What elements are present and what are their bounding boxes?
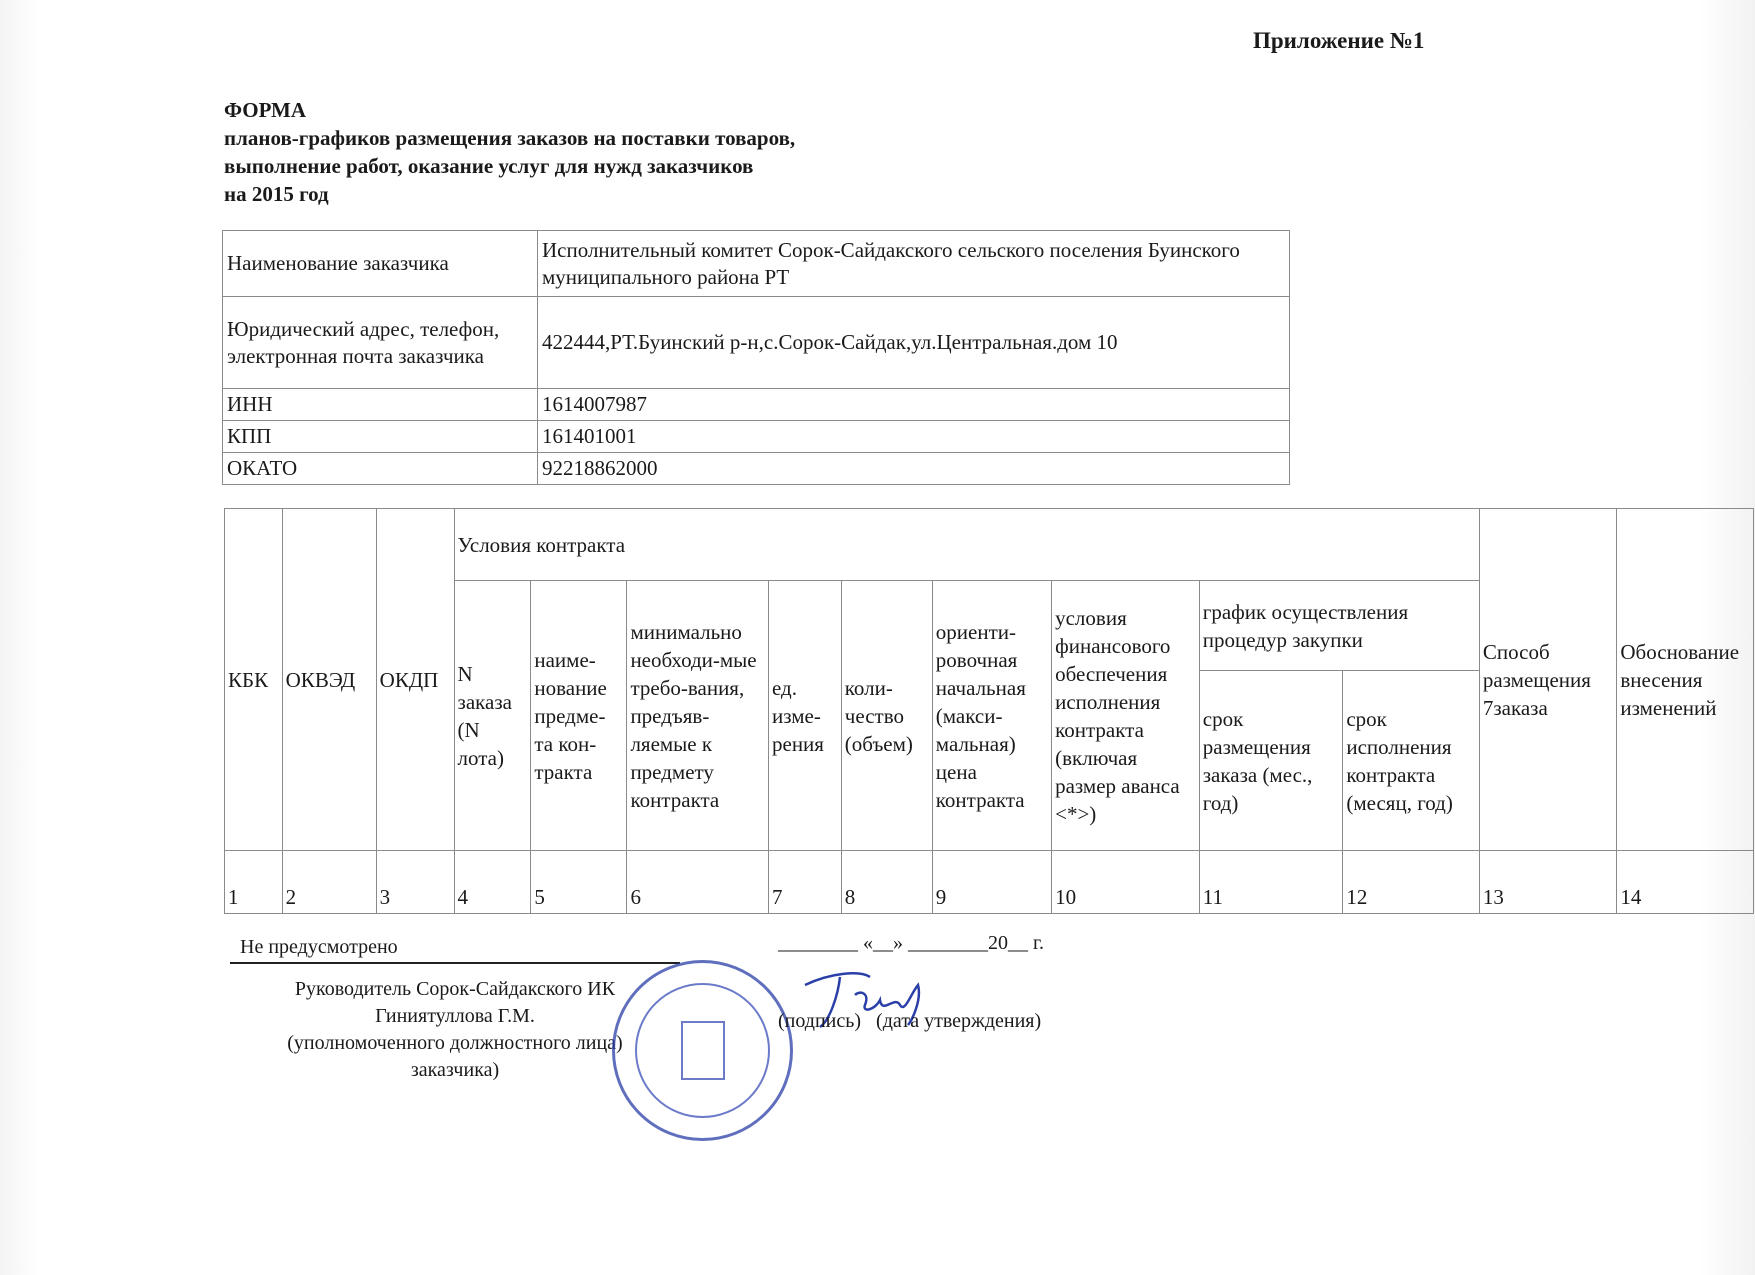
signer-block: Руководитель Сорок-Сайдакского ИК Гиният… xyxy=(240,976,670,1084)
value-customer-name: Исполнительный комитет Сорок-Сайдакского… xyxy=(538,231,1290,297)
stamp-emblem-icon xyxy=(681,1021,725,1080)
col-okved: ОКВЭД xyxy=(282,509,376,851)
label-kpp: КПП xyxy=(223,421,538,453)
procurement-plan-table: КБК ОКВЭД ОКДП Условия контракта Способ … xyxy=(224,508,1754,914)
col-num: 1 xyxy=(225,851,283,914)
col-okdp: ОКДП xyxy=(376,509,454,851)
col-num: 14 xyxy=(1617,851,1754,914)
value-okato: 92218862000 xyxy=(538,453,1290,485)
signature-captions: (подпись) (дата утверждения) xyxy=(778,1010,1041,1033)
col-num: 4 xyxy=(454,851,531,914)
underline-divider xyxy=(230,962,680,964)
col-num: 11 xyxy=(1199,851,1343,914)
col-placement-term: срок размещения заказа (мес., год) xyxy=(1199,671,1343,851)
signer-caption-2: заказчика) xyxy=(240,1057,670,1084)
col-num: 8 xyxy=(841,851,932,914)
official-stamp-icon xyxy=(612,960,793,1141)
value-address: 422444,РТ.Буинский р-н,с.Сорок-Сайдак,ул… xyxy=(538,297,1290,389)
col-method: Способ размещения 7заказа xyxy=(1479,509,1617,851)
col-num: 9 xyxy=(932,851,1051,914)
col-order-number: N заказа (N лота) xyxy=(454,581,531,851)
col-num: 7 xyxy=(769,851,842,914)
col-justification: Обоснование внесения изменений xyxy=(1617,509,1754,851)
column-number-row: 1 2 3 4 5 6 7 8 9 10 11 12 13 14 xyxy=(225,851,1754,914)
title-line-3: выполнение работ, оказание услуг для нуж… xyxy=(224,152,795,180)
label-inn: ИНН xyxy=(223,389,538,421)
col-financial: условия финансового обеспечения исполнен… xyxy=(1052,581,1200,851)
group-contract-conditions: Условия контракта xyxy=(454,509,1479,581)
col-num: 2 xyxy=(282,851,376,914)
signer-caption-1: (уполномоченного должностного лица) xyxy=(240,1030,670,1057)
col-unit: ед. изме-рения xyxy=(769,581,842,851)
signer-name: Гиниятуллова Г.М. xyxy=(240,1003,670,1030)
not-provided-text: Не предусмотрено xyxy=(240,936,398,959)
table-row: КПП 161401001 xyxy=(223,421,1290,453)
form-title: ФОРМА планов-графиков размещения заказов… xyxy=(224,96,795,208)
signature-label: (подпись) xyxy=(778,1010,861,1032)
table-row: ИНН 1614007987 xyxy=(223,389,1290,421)
group-schedule: график осуществления процедур закупки xyxy=(1199,581,1479,671)
col-requirements: минимально необходи-мые требо-вания, пре… xyxy=(627,581,769,851)
title-line-1: ФОРМА xyxy=(224,96,795,124)
col-execution-term: срок исполнения контракта (месяц, год) xyxy=(1343,671,1480,851)
table-row: Наименование заказчика Исполнительный ко… xyxy=(223,231,1290,297)
date-label: (дата утверждения) xyxy=(876,1010,1041,1032)
col-num: 10 xyxy=(1052,851,1200,914)
col-num: 6 xyxy=(627,851,769,914)
col-price: ориенти-ровочная начальная (макси-мальна… xyxy=(932,581,1051,851)
table-row: ОКАТО 92218862000 xyxy=(223,453,1290,485)
col-kbk: КБК xyxy=(225,509,283,851)
signer-position: Руководитель Сорок-Сайдакского ИК xyxy=(240,976,670,1003)
appendix-label: Приложение №1 xyxy=(1253,28,1424,54)
col-quantity: коли-чество (объем) xyxy=(841,581,932,851)
title-line-2: планов-графиков размещения заказов на по… xyxy=(224,124,795,152)
title-line-4: на 2015 год xyxy=(224,180,795,208)
customer-info-table: Наименование заказчика Исполнительный ко… xyxy=(222,230,1290,485)
col-num: 13 xyxy=(1479,851,1617,914)
label-customer-name: Наименование заказчика xyxy=(223,231,538,297)
col-subject: наиме-нование предме-та кон-тракта xyxy=(531,581,627,851)
col-num: 12 xyxy=(1343,851,1480,914)
value-kpp: 161401001 xyxy=(538,421,1290,453)
header-row-1: КБК ОКВЭД ОКДП Условия контракта Способ … xyxy=(225,509,1754,581)
table-row: Юридический адрес, телефон, электронная … xyxy=(223,297,1290,389)
col-num: 5 xyxy=(531,851,627,914)
col-num: 3 xyxy=(376,851,454,914)
label-okato: ОКАТО xyxy=(223,453,538,485)
value-inn: 1614007987 xyxy=(538,389,1290,421)
label-address: Юридический адрес, телефон, электронная … xyxy=(223,297,538,389)
approval-date-field: ________ «__» ________20__ г. xyxy=(778,932,1044,955)
